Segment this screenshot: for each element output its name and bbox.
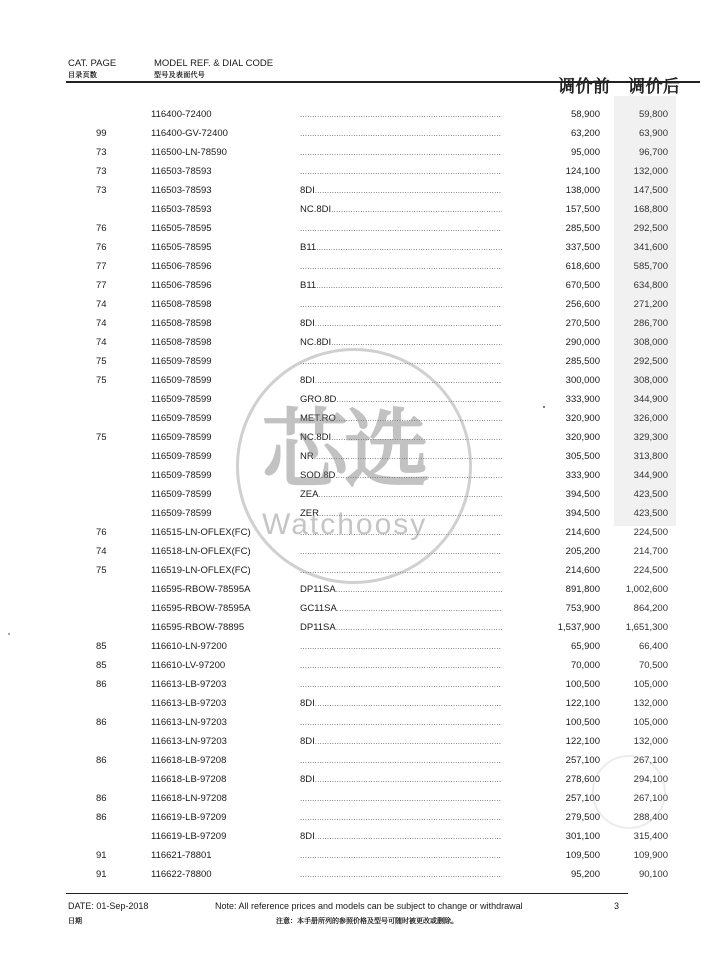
leader-dots: ........................................… <box>300 851 502 860</box>
dial-code-cell: NC.8DI..................................… <box>300 200 502 219</box>
table-row: 73116503-785938DI.......................… <box>0 181 720 200</box>
dial-code-cell: GC11SA..................................… <box>300 599 502 618</box>
price-after-cell: 1,651,300 <box>590 618 668 637</box>
model-ref-cell: 116595-RBOW-78595A <box>151 599 291 618</box>
price-after-cell: 315,400 <box>590 827 668 846</box>
price-before-cell: 337,500 <box>520 238 600 257</box>
dial-code-cell: DP11SA..................................… <box>300 580 502 599</box>
dial-code: NC.8DI <box>300 204 331 215</box>
price-before-cell: 290,000 <box>520 333 600 352</box>
column-header-model: MODEL REF. & DIAL CODE 型号及表面代号 <box>154 58 273 81</box>
table-row: 73116503-78593..........................… <box>0 162 720 181</box>
leader-dots: ........................................… <box>335 471 502 480</box>
leader-dots: ........................................… <box>300 129 502 138</box>
price-after-cell: 341,600 <box>590 238 668 257</box>
cat-page-cell: 73 <box>96 143 136 162</box>
price-after-cell: 90,100 <box>590 865 668 884</box>
price-before-cell: 257,100 <box>520 751 600 770</box>
price-after-cell: 267,100 <box>590 789 668 808</box>
price-after-cell: 308,000 <box>590 371 668 390</box>
table-row: 76116515-LN-OFLEX(FC)...................… <box>0 523 720 542</box>
leader-dots: ........................................… <box>315 737 502 746</box>
model-ref-cell: 116613-LB-97203 <box>151 694 291 713</box>
dial-code-cell: ZEA.....................................… <box>300 485 502 504</box>
price-after-cell: 224,500 <box>590 561 668 580</box>
cat-page-cell: 86 <box>96 751 136 770</box>
cat-page-cell: 74 <box>96 542 136 561</box>
price-before-cell: 670,500 <box>520 276 600 295</box>
scan-speck <box>8 633 10 635</box>
model-ref-cell: 116515-LN-OFLEX(FC) <box>151 523 291 542</box>
table-row: 116595-RBOW-78595AGC11SA................… <box>0 599 720 618</box>
dial-code-cell: ........................................… <box>300 637 502 656</box>
model-ref-cell: 116595-RBOW-78595A <box>151 580 291 599</box>
cat-page-cell: 77 <box>96 276 136 295</box>
leader-dots: ........................................… <box>300 756 502 765</box>
model-ref-cell: 116505-78595 <box>151 238 291 257</box>
dial-code: ZER <box>300 508 319 519</box>
price-after-cell: 214,700 <box>590 542 668 561</box>
cat-page-cell: 75 <box>96 371 136 390</box>
price-before-cell: 214,600 <box>520 561 600 580</box>
dial-code: 8DI <box>300 185 315 196</box>
dial-code-cell: GRO.8D..................................… <box>300 390 502 409</box>
leader-dots: ........................................… <box>300 794 502 803</box>
model-ref-cell: 116509-78599 <box>151 352 291 371</box>
model-ref-cell: 116508-78598 <box>151 295 291 314</box>
price-before-cell: 394,500 <box>520 485 600 504</box>
dial-code-cell: 8DI.....................................… <box>300 371 502 390</box>
price-after-cell: 864,200 <box>590 599 668 618</box>
price-after-cell: 267,100 <box>590 751 668 770</box>
price-before-cell: 65,900 <box>520 637 600 656</box>
price-before-cell: 63,200 <box>520 124 600 143</box>
dial-code-cell: 8DI.....................................… <box>300 181 502 200</box>
cat-page-cell: 76 <box>96 219 136 238</box>
cat-page-cell: 86 <box>96 675 136 694</box>
dial-code-cell: B11.....................................… <box>300 276 502 295</box>
dial-code: B11 <box>300 242 316 253</box>
model-ref-cell: 116509-78599 <box>151 504 291 523</box>
price-after-cell: 132,000 <box>590 694 668 713</box>
price-after-header: 调价后 <box>628 72 681 97</box>
leader-dots: ........................................… <box>300 547 502 556</box>
price-before-cell: 157,500 <box>520 200 600 219</box>
dial-code-cell: DP11SA..................................… <box>300 618 502 637</box>
dial-code: 8DI <box>300 375 315 386</box>
table-row: 86116619-LB-97209.......................… <box>0 808 720 827</box>
price-after-cell: 313,800 <box>590 447 668 466</box>
dial-code-cell: B11.....................................… <box>300 238 502 257</box>
dial-code-cell: ........................................… <box>300 542 502 561</box>
table-row: 85116610-LV-97200.......................… <box>0 656 720 675</box>
table-row: 116618-LB-972088DI......................… <box>0 770 720 789</box>
model-ref-cell: 116505-78595 <box>151 219 291 238</box>
model-ref-cell: 116618-LB-97208 <box>151 751 291 770</box>
model-ref-label-cn: 型号及表面代号 <box>154 70 273 81</box>
leader-dots: ........................................… <box>300 110 502 119</box>
price-after-cell: 344,900 <box>590 390 668 409</box>
table-row: 75116509-785998DI.......................… <box>0 371 720 390</box>
table-row: 116509-78599ZEA.........................… <box>0 485 720 504</box>
dial-code: 8DI <box>300 698 315 709</box>
dial-code: 8DI <box>300 831 315 842</box>
model-ref-cell: 116618-LN-97208 <box>151 789 291 808</box>
leader-dots: ........................................… <box>331 433 502 442</box>
table-row: 116400-72400............................… <box>0 105 720 124</box>
model-ref-cell: 116509-78599 <box>151 371 291 390</box>
price-before-cell: 320,900 <box>520 428 600 447</box>
leader-dots: ........................................… <box>318 490 502 499</box>
price-before-cell: 333,900 <box>520 390 600 409</box>
dial-code: GRO.8D <box>300 394 336 405</box>
model-ref-cell: 116610-LV-97200 <box>151 656 291 675</box>
leader-dots: ........................................… <box>300 528 502 537</box>
model-ref-cell: 116619-LB-97209 <box>151 827 291 846</box>
cat-page-cell: 91 <box>96 865 136 884</box>
dial-code-cell: ........................................… <box>300 352 502 371</box>
cat-page-cell: 86 <box>96 789 136 808</box>
leader-dots: ........................................… <box>300 566 502 575</box>
leader-dots: ........................................… <box>314 452 502 461</box>
price-before-cell: 891,800 <box>520 580 600 599</box>
table-row: 76116505-78595B11.......................… <box>0 238 720 257</box>
model-ref-cell: 116508-78598 <box>151 314 291 333</box>
model-ref-cell: 116500-LN-78590 <box>151 143 291 162</box>
price-before-cell: 109,500 <box>520 846 600 865</box>
price-before-cell: 333,900 <box>520 466 600 485</box>
table-row: 116509-78599MET.RO......................… <box>0 409 720 428</box>
model-ref-cell: 116506-78596 <box>151 276 291 295</box>
price-before-cell: 100,500 <box>520 675 600 694</box>
leader-dots: ........................................… <box>300 718 502 727</box>
cat-page-cell: 99 <box>96 124 136 143</box>
price-before-cell: 320,900 <box>520 409 600 428</box>
model-ref-cell: 116509-78599 <box>151 428 291 447</box>
dial-code-cell: ........................................… <box>300 162 502 181</box>
leader-dots: ........................................… <box>331 338 502 347</box>
price-before-cell: 124,100 <box>520 162 600 181</box>
leader-dots: ........................................… <box>316 243 502 252</box>
cat-page-cell: 91 <box>96 846 136 865</box>
dial-code-cell: ........................................… <box>300 656 502 675</box>
model-ref-cell: 116509-78599 <box>151 447 291 466</box>
dial-code: 8DI <box>300 736 315 747</box>
dial-code-cell: ........................................… <box>300 846 502 865</box>
table-row: 116509-78599SOD.8D......................… <box>0 466 720 485</box>
price-after-cell: 168,800 <box>590 200 668 219</box>
table-row: 116509-78599GRO.8D......................… <box>0 390 720 409</box>
price-after-cell: 147,500 <box>590 181 668 200</box>
cat-page-label: CAT. PAGE <box>68 58 116 69</box>
price-before-cell: 122,100 <box>520 732 600 751</box>
price-after-cell: 585,700 <box>590 257 668 276</box>
model-ref-cell: 116622-78800 <box>151 865 291 884</box>
dial-code-cell: ........................................… <box>300 675 502 694</box>
price-before-cell: 70,000 <box>520 656 600 675</box>
leader-dots: ........................................… <box>300 680 502 689</box>
price-before-cell: 394,500 <box>520 504 600 523</box>
cat-page-cell: 75 <box>96 352 136 371</box>
price-after-cell: 132,000 <box>590 732 668 751</box>
leader-dots: ........................................… <box>337 604 502 613</box>
price-before-cell: 279,500 <box>520 808 600 827</box>
cat-page-cell: 73 <box>96 181 136 200</box>
model-ref-cell: 116509-78599 <box>151 485 291 504</box>
leader-dots: ........................................… <box>315 319 502 328</box>
dial-code: NC.8DI <box>300 432 331 443</box>
table-row: 77116506-78596..........................… <box>0 257 720 276</box>
table-row: 116509-78599ZER.........................… <box>0 504 720 523</box>
scan-speck <box>543 406 545 408</box>
leader-dots: ........................................… <box>336 585 502 594</box>
price-before-cell: 300,000 <box>520 371 600 390</box>
table-row: 74116508-78598..........................… <box>0 295 720 314</box>
cat-page-cell: 86 <box>96 808 136 827</box>
price-before-cell: 278,600 <box>520 770 600 789</box>
model-ref-cell: 116509-78599 <box>151 466 291 485</box>
cat-page-cell: 74 <box>96 295 136 314</box>
price-after-cell: 224,500 <box>590 523 668 542</box>
price-after-cell: 308,000 <box>590 333 668 352</box>
dial-code-cell: SOD.8D..................................… <box>300 466 502 485</box>
table-row: 116595-RBOW-78895DP11SA.................… <box>0 618 720 637</box>
model-ref-cell: 116613-LN-97203 <box>151 713 291 732</box>
leader-dots: ........................................… <box>300 642 502 651</box>
dial-code-cell: ........................................… <box>300 789 502 808</box>
dial-code-cell: ........................................… <box>300 257 502 276</box>
price-before-cell: 256,600 <box>520 295 600 314</box>
price-after-cell: 344,900 <box>590 466 668 485</box>
price-before-cell: 58,900 <box>520 105 600 124</box>
price-before-cell: 305,500 <box>520 447 600 466</box>
cat-page-cell: 85 <box>96 637 136 656</box>
table-row: 86116613-LB-97203.......................… <box>0 675 720 694</box>
leader-dots: ........................................… <box>336 623 502 632</box>
dial-code-cell: ........................................… <box>300 105 502 124</box>
table-row: 85116610-LN-97200.......................… <box>0 637 720 656</box>
dial-code: SOD.8D <box>300 470 335 481</box>
price-before-cell: 301,100 <box>520 827 600 846</box>
dial-code-cell: MET.RO..................................… <box>300 409 502 428</box>
footer-note-cn: 注意：本手册所列的参照价格及型号可随时被更改或删除。 <box>276 916 458 926</box>
model-ref-cell: 116400-GV-72400 <box>151 124 291 143</box>
model-ref-cell: 116621-78801 <box>151 846 291 865</box>
dial-code-cell: ........................................… <box>300 561 502 580</box>
cat-page-cell: 73 <box>96 162 136 181</box>
page-number: 3 <box>614 901 619 911</box>
column-header-cat-page: CAT. PAGE 目录页数 <box>68 58 116 81</box>
dial-code-cell: ........................................… <box>300 865 502 884</box>
price-after-cell: 292,500 <box>590 219 668 238</box>
cat-page-label-cn: 目录页数 <box>68 70 116 81</box>
dial-code: DP11SA <box>300 622 336 633</box>
model-ref-cell: 116619-LB-97209 <box>151 808 291 827</box>
leader-dots: ........................................… <box>315 376 502 385</box>
leader-dots: ........................................… <box>315 186 502 195</box>
dial-code-cell: ........................................… <box>300 143 502 162</box>
price-after-cell: 70,500 <box>590 656 668 675</box>
cat-page-cell: 75 <box>96 428 136 447</box>
table-row: 73116500-LN-78590.......................… <box>0 143 720 162</box>
dial-code: GC11SA <box>300 603 337 614</box>
cat-page-cell: 76 <box>96 238 136 257</box>
price-after-cell: 109,900 <box>590 846 668 865</box>
cat-page-cell: 85 <box>96 656 136 675</box>
leader-dots: ........................................… <box>300 357 502 366</box>
model-ref-cell: 116509-78599 <box>151 409 291 428</box>
model-ref-cell: 116400-72400 <box>151 105 291 124</box>
model-ref-cell: 116506-78596 <box>151 257 291 276</box>
table-row: 75116509-78599NC.8DI....................… <box>0 428 720 447</box>
dial-code-cell: NR......................................… <box>300 447 502 466</box>
table-row: 116613-LB-972038DI......................… <box>0 694 720 713</box>
dial-code: 8DI <box>300 774 315 785</box>
table-row: 116509-78599NR..........................… <box>0 447 720 466</box>
model-ref-cell: 116503-78593 <box>151 181 291 200</box>
price-after-cell: 292,500 <box>590 352 668 371</box>
leader-dots: ........................................… <box>315 775 502 784</box>
dial-code-cell: ........................................… <box>300 523 502 542</box>
dial-code-cell: 8DI.....................................… <box>300 314 502 333</box>
dial-code-cell: 8DI.....................................… <box>300 827 502 846</box>
price-after-cell: 96,700 <box>590 143 668 162</box>
table-row: 116619-LB-972098DI......................… <box>0 827 720 846</box>
price-after-cell: 294,100 <box>590 770 668 789</box>
dial-code: DP11SA <box>300 584 336 595</box>
table-row: 77116506-78596B11.......................… <box>0 276 720 295</box>
price-after-cell: 105,000 <box>590 675 668 694</box>
price-after-cell: 105,000 <box>590 713 668 732</box>
table-row: 75116509-78599..........................… <box>0 352 720 371</box>
table-row: 86116618-LN-97208.......................… <box>0 789 720 808</box>
leader-dots: ........................................… <box>331 205 502 214</box>
cat-page-cell: 86 <box>96 713 136 732</box>
leader-dots: ........................................… <box>319 509 502 518</box>
model-ref-cell: 116618-LB-97208 <box>151 770 291 789</box>
table-row: 86116618-LB-97208.......................… <box>0 751 720 770</box>
leader-dots: ........................................… <box>336 395 502 404</box>
dial-code: B11 <box>300 280 316 291</box>
dial-code-cell: ........................................… <box>300 751 502 770</box>
dial-code-cell: ........................................… <box>300 713 502 732</box>
price-before-cell: 100,500 <box>520 713 600 732</box>
price-after-cell: 326,000 <box>590 409 668 428</box>
table-row: 74116508-785988DI.......................… <box>0 314 720 333</box>
dial-code: NC.8DI <box>300 337 331 348</box>
price-after-cell: 63,900 <box>590 124 668 143</box>
price-after-cell: 66,400 <box>590 637 668 656</box>
leader-dots: ........................................… <box>300 870 502 879</box>
leader-dots: ........................................… <box>315 699 502 708</box>
leader-dots: ........................................… <box>300 300 502 309</box>
dial-code-cell: ........................................… <box>300 808 502 827</box>
model-ref-cell: 116518-LN-OFLEX(FC) <box>151 542 291 561</box>
table-row: 86116613-LN-97203.......................… <box>0 713 720 732</box>
dial-code-cell: 8DI.....................................… <box>300 694 502 713</box>
model-ref-cell: 116613-LN-97203 <box>151 732 291 751</box>
leader-dots: ........................................… <box>300 813 502 822</box>
footer-note: Note: All reference prices and models ca… <box>215 901 523 911</box>
table-row: 91116621-78801..........................… <box>0 846 720 865</box>
cat-page-cell: 75 <box>96 561 136 580</box>
table-row: 75116519-LN-OFLEX(FC)...................… <box>0 561 720 580</box>
leader-dots: ........................................… <box>300 148 502 157</box>
price-after-cell: 1,002,600 <box>590 580 668 599</box>
table-row: 99116400-GV-72400.......................… <box>0 124 720 143</box>
cat-page-cell: 77 <box>96 257 136 276</box>
price-before-cell: 257,100 <box>520 789 600 808</box>
model-ref-cell: 116503-78593 <box>151 200 291 219</box>
leader-dots: ........................................… <box>316 281 502 290</box>
dial-code: 8DI <box>300 318 315 329</box>
dial-code-cell: NC.8DI..................................… <box>300 333 502 352</box>
leader-dots: ........................................… <box>300 224 502 233</box>
price-before-cell: 122,100 <box>520 694 600 713</box>
price-after-cell: 59,800 <box>590 105 668 124</box>
model-ref-cell: 116519-LN-OFLEX(FC) <box>151 561 291 580</box>
leader-dots: ........................................… <box>315 832 502 841</box>
dial-code: ZEA <box>300 489 318 500</box>
model-ref-cell: 116610-LN-97200 <box>151 637 291 656</box>
price-before-cell: 270,500 <box>520 314 600 333</box>
price-after-cell: 132,000 <box>590 162 668 181</box>
dial-code: MET.RO <box>300 413 336 424</box>
price-after-cell: 271,200 <box>590 295 668 314</box>
footer-date-cn: 日期 <box>68 916 82 926</box>
price-before-cell: 618,600 <box>520 257 600 276</box>
dial-code: NR <box>300 451 314 462</box>
price-after-cell: 423,500 <box>590 504 668 523</box>
price-before-cell: 95,000 <box>520 143 600 162</box>
dial-code-cell: 8DI.....................................… <box>300 770 502 789</box>
dial-code-cell: ........................................… <box>300 219 502 238</box>
price-after-cell: 286,700 <box>590 314 668 333</box>
model-ref-cell: 116503-78593 <box>151 162 291 181</box>
leader-dots: ........................................… <box>300 167 502 176</box>
table-row: 74116508-78598NC.8DI....................… <box>0 333 720 352</box>
price-before-cell: 95,200 <box>520 865 600 884</box>
price-after-cell: 423,500 <box>590 485 668 504</box>
model-ref-cell: 116509-78599 <box>151 390 291 409</box>
leader-dots: ........................................… <box>300 661 502 670</box>
cat-page-cell: 74 <box>96 314 136 333</box>
price-after-cell: 329,300 <box>590 428 668 447</box>
dial-code-cell: ........................................… <box>300 295 502 314</box>
price-before-cell: 285,500 <box>520 352 600 371</box>
leader-dots: ........................................… <box>336 414 502 423</box>
table-row: 116503-78593NC.8DI......................… <box>0 200 720 219</box>
table-row: 116595-RBOW-78595ADP11SA................… <box>0 580 720 599</box>
price-before-cell: 214,600 <box>520 523 600 542</box>
table-row: 116613-LN-972038DI......................… <box>0 732 720 751</box>
dial-code-cell: NC.8DI..................................… <box>300 428 502 447</box>
table-row: 74116518-LN-OFLEX(FC)...................… <box>0 542 720 561</box>
model-ref-cell: 116508-78598 <box>151 333 291 352</box>
dial-code-cell: ........................................… <box>300 124 502 143</box>
dial-code-cell: 8DI.....................................… <box>300 732 502 751</box>
price-before-cell: 138,000 <box>520 181 600 200</box>
dial-code-cell: ZER.....................................… <box>300 504 502 523</box>
price-before-cell: 1,537,900 <box>520 618 600 637</box>
footer-date: DATE: 01-Sep-2018 <box>68 901 148 911</box>
price-after-cell: 288,400 <box>590 808 668 827</box>
leader-dots: ........................................… <box>300 262 502 271</box>
cat-page-cell: 76 <box>96 523 136 542</box>
price-before-cell: 285,500 <box>520 219 600 238</box>
price-before-header: 调价前 <box>558 72 611 97</box>
price-before-cell: 753,900 <box>520 599 600 618</box>
